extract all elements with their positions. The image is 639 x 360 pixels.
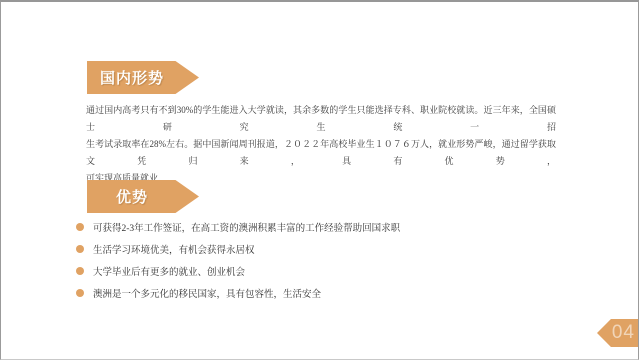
domestic-paragraph: 通过国内高考只有不到30%的学生能进入大学就读，其余多数的学生只能选择专科、职业… bbox=[86, 102, 556, 187]
bullet-circle-icon bbox=[76, 267, 84, 275]
bullet-text: 生活学习环境优美，有机会获得永居权 bbox=[93, 242, 255, 256]
bullet-text: 可获得2-3年工作签证，在高工资的澳洲积累丰富的工作经验帮助回国求职 bbox=[93, 220, 400, 234]
section-header-advantages-label: 优势 bbox=[116, 186, 148, 207]
section-header-domestic-label: 国内形势 bbox=[100, 67, 164, 88]
list-item: 可获得2-3年工作签证，在高工资的澳洲积累丰富的工作经验帮助回国求职 bbox=[76, 216, 556, 238]
bullet-circle-icon bbox=[76, 245, 84, 253]
page-number-tag: 04 bbox=[597, 319, 638, 347]
bullet-circle-icon bbox=[76, 223, 84, 231]
section-header-domestic: 国内形势 bbox=[87, 61, 199, 94]
page-number: 04 bbox=[612, 322, 635, 344]
bullet-circle-icon bbox=[76, 289, 84, 297]
advantages-bullet-list: 可获得2-3年工作签证，在高工资的澳洲积累丰富的工作经验帮助回国求职 生活学习环… bbox=[76, 216, 556, 304]
paragraph-line: 通过国内高考只有不到30%的学生能进入大学就读，其余多数的学生只能选择专科、职业… bbox=[86, 102, 556, 136]
section-header-advantages: 优势 bbox=[87, 180, 199, 213]
list-item: 大学毕业后有更多的就业、创业机会 bbox=[76, 260, 556, 282]
bullet-text: 澳洲是一个多元化的移民国家，具有包容性，生活安全 bbox=[93, 286, 321, 300]
list-item: 澳洲是一个多元化的移民国家，具有包容性，生活安全 bbox=[76, 282, 556, 304]
presentation-slide: 国内形势 通过国内高考只有不到30%的学生能进入大学就读，其余多数的学生只能选择… bbox=[0, 0, 639, 360]
bullet-text: 大学毕业后有更多的就业、创业机会 bbox=[93, 264, 245, 278]
paragraph-line: 生考试录取率在28%左右。据中国新闻周刊报道，２０２２年高校毕业生１０７６万人，… bbox=[86, 136, 556, 170]
list-item: 生活学习环境优美，有机会获得永居权 bbox=[76, 238, 556, 260]
